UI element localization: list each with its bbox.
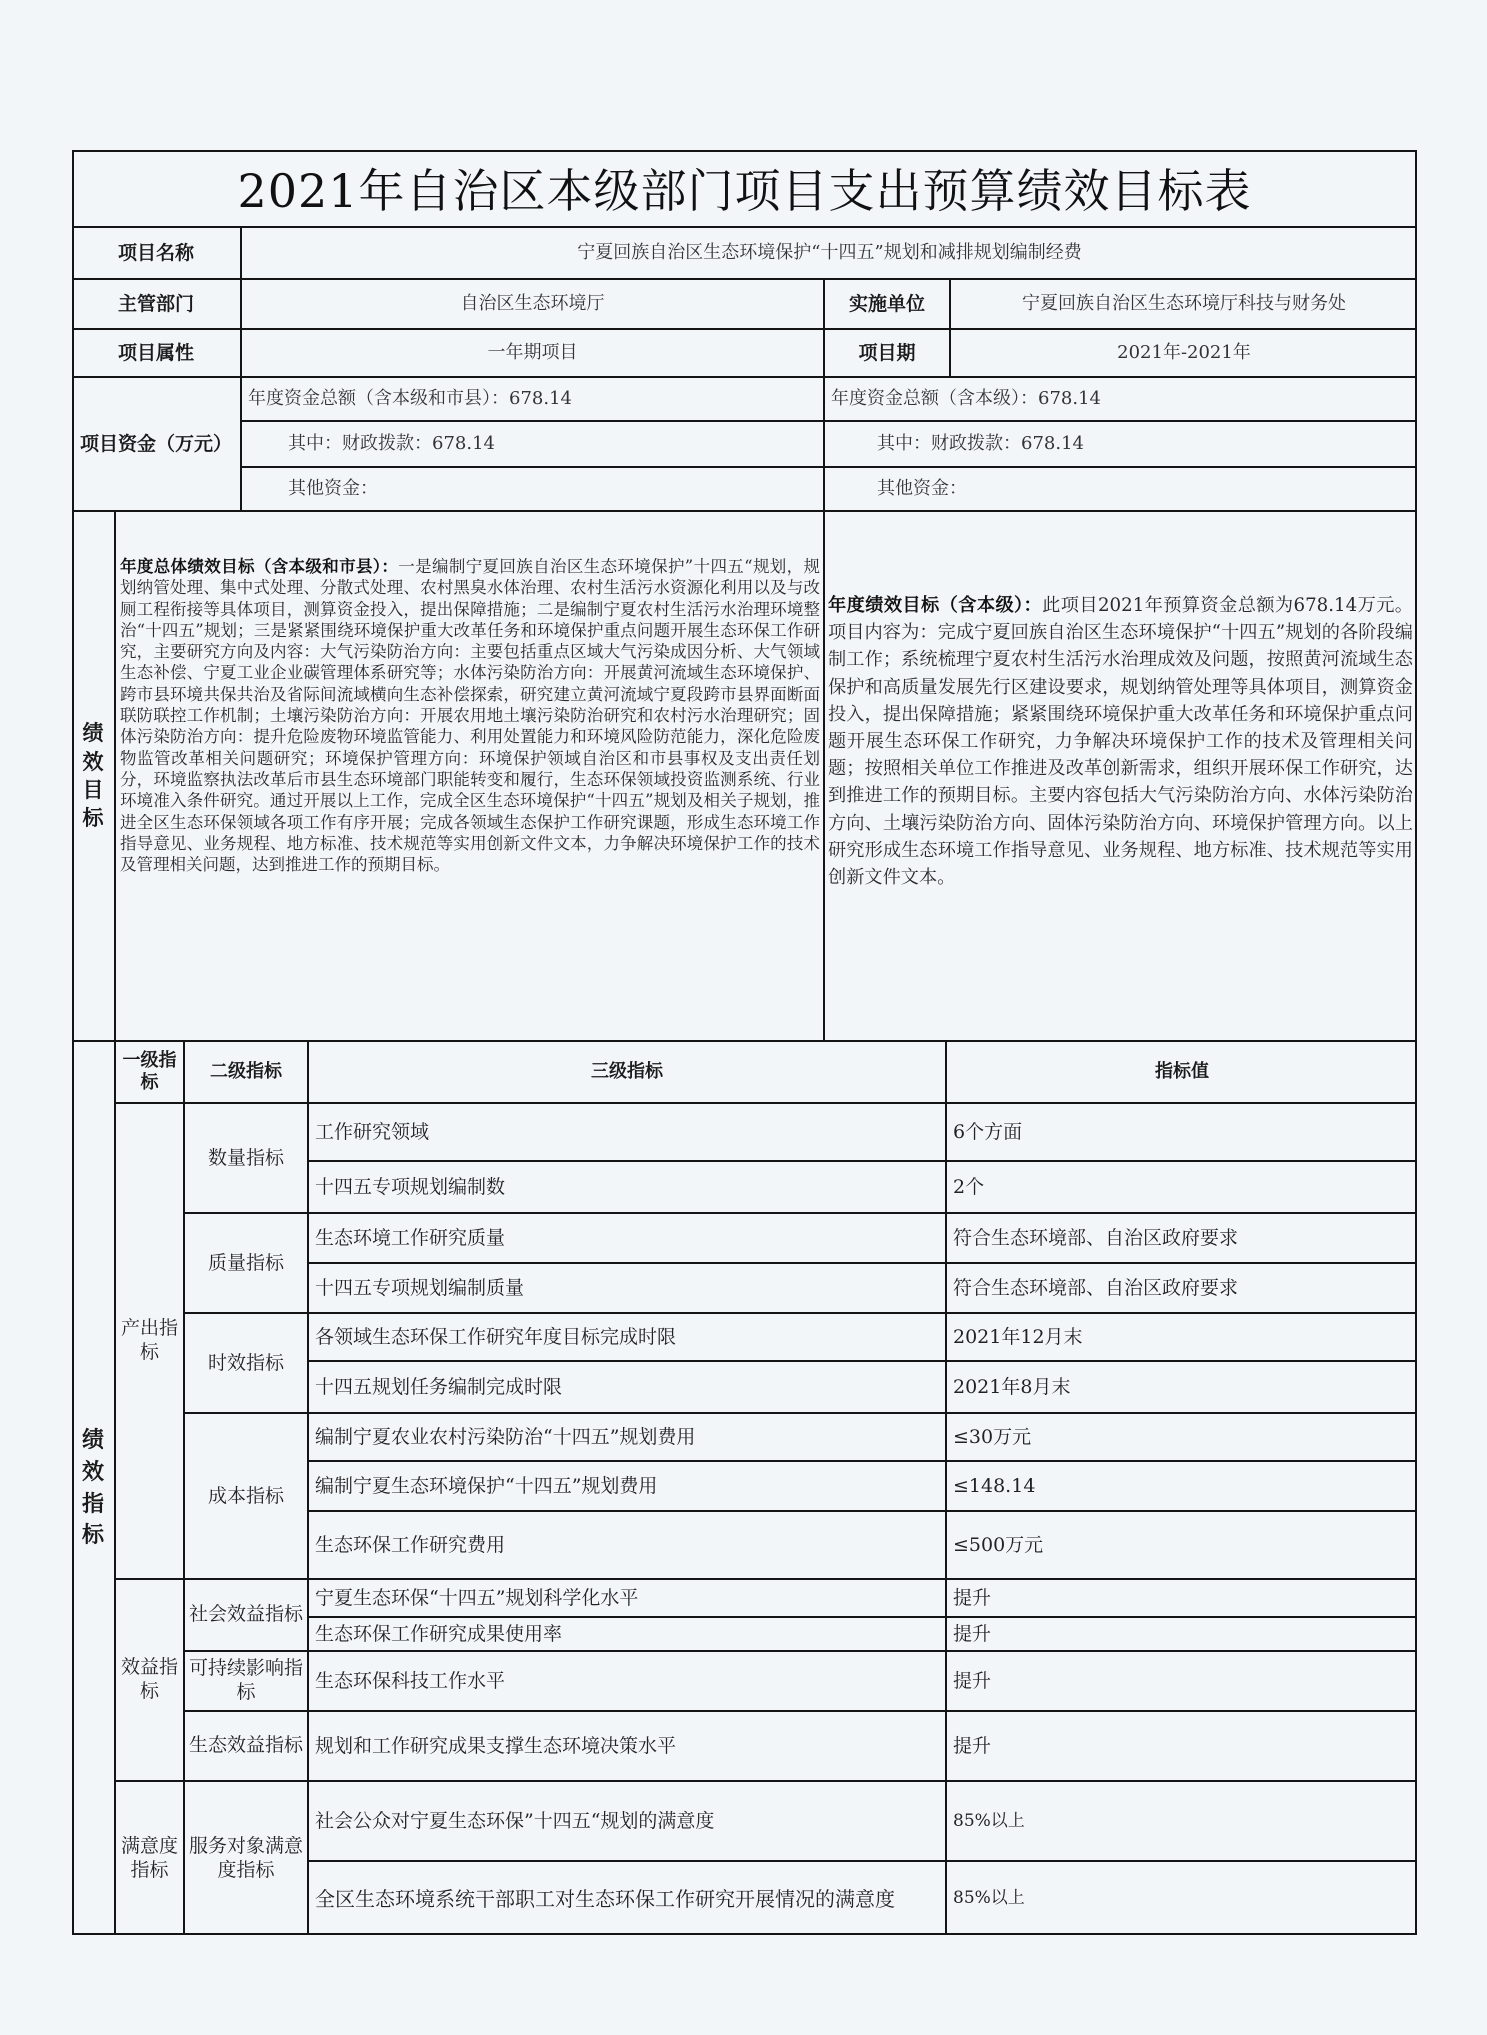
indicator-name: 十四五规划任务编制完成时限: [309, 1362, 945, 1412]
indicator-value: 2个: [947, 1162, 1417, 1212]
period-value: 2021年-2021年: [951, 330, 1417, 376]
indicator-value: 提升: [947, 1618, 1417, 1650]
indicator-name: 十四五专项规划编制质量: [309, 1264, 945, 1312]
divider: [72, 510, 1417, 512]
level2-sustain: 可持续影响指标: [185, 1652, 307, 1710]
project-name-value: 宁夏回族自治区生态环境保护“十四五”规划和减排规划编制经费: [242, 228, 1417, 278]
header-level3: 三级指标: [309, 1042, 945, 1102]
level1-satisfaction: 满意度指标: [116, 1782, 183, 1935]
funds-total-city: 年度资金总额（含本级和市县）：678.14: [242, 378, 823, 420]
indicator-value: 提升: [947, 1712, 1417, 1780]
level1-benefit: 效益指标: [116, 1580, 183, 1780]
level2-service: 服务对象满意度指标: [185, 1782, 307, 1935]
budget-performance-form: 2021年自治区本级部门项目支出预算绩效目标表 项目名称 宁夏回族自治区生态环境…: [72, 150, 1417, 1935]
divider: [240, 226, 242, 510]
overall-goal-heading: 年度总体绩效目标（含本级和市县）：: [120, 557, 398, 576]
period-label: 项目期: [825, 330, 949, 376]
indicator-name: 十四五专项规划编制数: [309, 1162, 945, 1212]
indicator-value: ≤500万元: [947, 1512, 1417, 1578]
indicator-name: 生态环保工作研究费用: [309, 1512, 945, 1578]
indicator-name: 生态环境工作研究质量: [309, 1214, 945, 1262]
indicator-name: 工作研究领域: [309, 1104, 945, 1160]
divider: [823, 278, 825, 510]
impl-label: 实施单位: [825, 280, 949, 328]
annual-goal-heading: 年度绩效目标（含本级）：: [828, 595, 1042, 616]
attr-value: 一年期项目: [242, 330, 823, 376]
indicator-value: 2021年8月末: [947, 1362, 1417, 1412]
level2-eco: 生态效益指标: [185, 1712, 307, 1780]
indicator-value: ≤148.14: [947, 1462, 1417, 1510]
page-title: 2021年自治区本级部门项目支出预算绩效目标表: [72, 150, 1417, 226]
indicator-value: ≤30万元: [947, 1414, 1417, 1460]
project-name-label: 项目名称: [72, 228, 240, 278]
funds-fiscal-city: 其中：财政拨款：678.14: [242, 422, 823, 466]
indicator-name: 生态环保工作研究成果使用率: [309, 1618, 945, 1650]
header-level2: 二级指标: [185, 1042, 307, 1102]
attr-label: 项目属性: [72, 330, 240, 376]
level2-quality: 质量指标: [185, 1214, 307, 1312]
indicator-value: 85%以上: [947, 1782, 1417, 1860]
indicator-value: 6个方面: [947, 1104, 1417, 1160]
indicator-value: 符合生态环境部、自治区政府要求: [947, 1214, 1417, 1262]
funds-fiscal-own: 其中：财政拨款：678.14: [825, 422, 1417, 466]
divider: [949, 278, 951, 376]
impl-value: 宁夏回族自治区生态环境厅科技与财务处: [951, 280, 1417, 328]
indicator-value: 提升: [947, 1580, 1417, 1616]
divider: [114, 510, 116, 1040]
level1-output: 产出指标: [116, 1104, 183, 1578]
indicators-label: 绩 效 指 标: [72, 1042, 114, 1935]
indicator-name: 宁夏生态环保“十四五”规划科学化水平: [309, 1580, 945, 1616]
indicator-value: 2021年12月末: [947, 1314, 1417, 1360]
indicator-name: 规划和工作研究成果支撑生态环境决策水平: [309, 1712, 945, 1780]
indicator-name: 编制宁夏生态环境保护“十四五”规划费用: [309, 1462, 945, 1510]
indicator-value: 85%以上: [947, 1862, 1417, 1935]
funds-other-own: 其他资金：: [825, 468, 1417, 510]
divider: [823, 510, 825, 1040]
header-level1: 一级指标: [116, 1042, 183, 1102]
goals-label: 绩 效 目 标: [72, 512, 114, 1040]
indicator-name: 生态环保科技工作水平: [309, 1652, 945, 1710]
header-value: 指标值: [947, 1042, 1417, 1102]
level2-social: 社会效益指标: [185, 1580, 307, 1650]
overall-goal-text: 年度总体绩效目标（含本级和市县）：一是编制宁夏回族自治区生态环境保护”十四五“规…: [120, 556, 820, 875]
funds-other-city: 其他资金：: [242, 468, 823, 510]
funds-total-own: 年度资金总额（含本级）：678.14: [825, 378, 1417, 420]
level2-quantity: 数量指标: [185, 1104, 307, 1212]
indicator-name: 各领域生态环保工作研究年度目标完成时限: [309, 1314, 945, 1360]
level2-cost: 成本指标: [185, 1414, 307, 1578]
dept-value: 自治区生态环境厅: [242, 280, 823, 328]
level2-timeliness: 时效指标: [185, 1314, 307, 1412]
annual-goal-text: 年度绩效目标（含本级）：此项目2021年预算资金总额为678.14万元。项目内容…: [828, 592, 1413, 891]
indicator-value: 提升: [947, 1652, 1417, 1710]
indicator-name: 全区生态环境系统干部职工对生态环保工作研究开展情况的满意度: [309, 1862, 945, 1935]
indicator-name: 社会公众对宁夏生态环保”十四五“规划的满意度: [309, 1782, 945, 1860]
indicator-value: 符合生态环境部、自治区政府要求: [947, 1264, 1417, 1312]
dept-label: 主管部门: [72, 280, 240, 328]
indicator-name: 编制宁夏农业农村污染防治“十四五”规划费用: [309, 1414, 945, 1460]
funds-label: 项目资金（万元）: [72, 378, 240, 510]
